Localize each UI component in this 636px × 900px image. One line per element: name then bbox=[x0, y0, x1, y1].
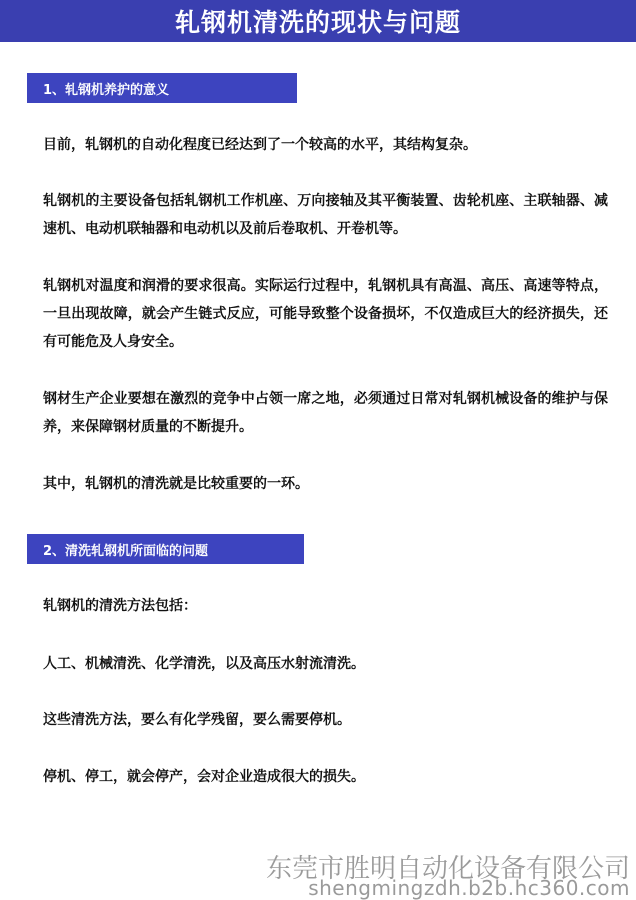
section-heading-1: 1、轧钢机养护的意义 bbox=[27, 73, 297, 103]
paragraph: 轧钢机的主要设备包括轧钢机工作机座、万向接轴及其平衡装置、齿轮机座、主联轴器、减… bbox=[43, 187, 608, 243]
paragraph: 轧钢机的清洗方法包括： bbox=[43, 592, 608, 620]
paragraph: 这些清洗方法，要么有化学残留，要么需要停机。 bbox=[43, 706, 608, 734]
header-bar: 轧钢机清洗的现状与问题 bbox=[0, 0, 636, 42]
paragraph: 人工、机械清洗、化学清洗，以及高压水射流清洗。 bbox=[43, 650, 608, 678]
section-heading-label: 1、轧钢机养护的意义 bbox=[27, 79, 169, 98]
paragraph: 目前，轧钢机的自动化程度已经达到了一个较高的水平，其结构复杂。 bbox=[43, 131, 608, 159]
watermark-url: shengmingzdh.b2b.hc360.com bbox=[308, 876, 630, 900]
section-heading-label: 2、清洗轧钢机所面临的问题 bbox=[27, 540, 208, 559]
page-title: 轧钢机清洗的现状与问题 bbox=[175, 3, 461, 39]
paragraph: 钢材生产企业要想在激烈的竞争中占领一席之地，必须通过日常对轧钢机械设备的维护与保… bbox=[43, 385, 608, 441]
paragraph: 停机、停工，就会停产，会对企业造成很大的损失。 bbox=[43, 763, 608, 791]
section-heading-2: 2、清洗轧钢机所面临的问题 bbox=[27, 534, 304, 564]
paragraph: 轧钢机对温度和润滑的要求很高。实际运行过程中，轧钢机具有高温、高压、高速等特点，… bbox=[43, 272, 608, 356]
paragraph: 其中，轧钢机的清洗就是比较重要的一环。 bbox=[43, 470, 608, 498]
